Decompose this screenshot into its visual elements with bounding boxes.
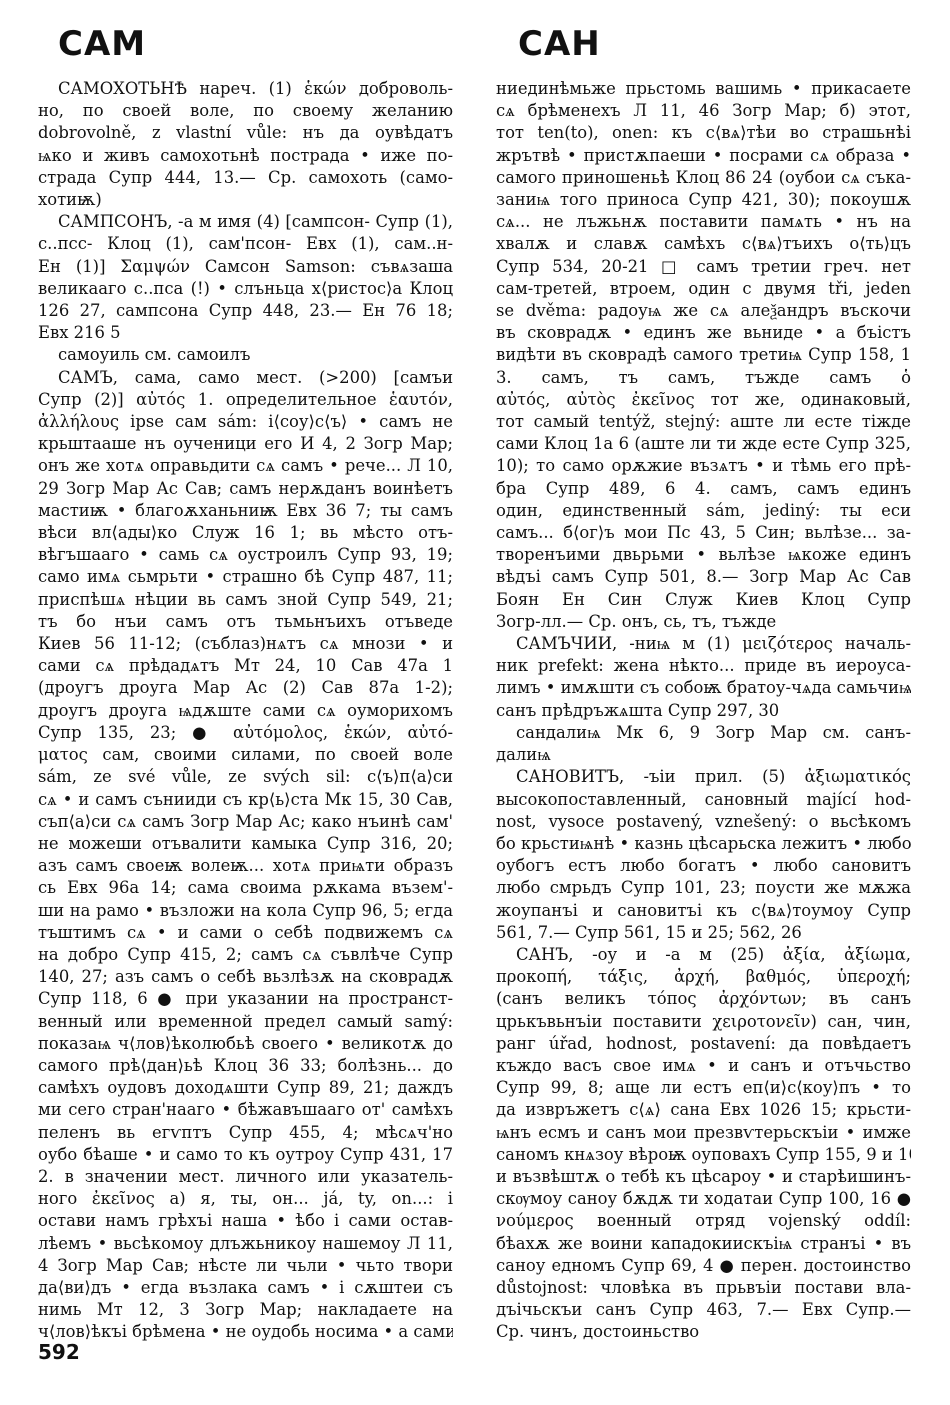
entry-line: Ср. чинъ, достоиньство xyxy=(496,1321,911,1343)
entry-line: 2. в значении мест. личного или указател… xyxy=(38,1166,453,1188)
entry-line: ранг úřad, hodnost, postavení: да повѣда… xyxy=(496,1033,911,1055)
entry-line: приспѣшѧ нѣции вь самъ зной Супр 549, 21… xyxy=(38,589,453,611)
running-head-right: САН xyxy=(518,24,601,64)
entry-headline: САНЪ, -оу и -а м (25) ἀξία, ἀξίωμα, xyxy=(496,944,911,966)
entry-line: Киев 56 11-12; (съблаз)нѧтъ сѧ мнози • и xyxy=(38,633,453,655)
entry-line: Супр (2)] αὐτός 1. определительное ἑαυτό… xyxy=(38,389,453,411)
entry-line: самого прѣ⟨дан⟩ьѣ Клоц 36 33; болѣзнь...… xyxy=(38,1055,453,1077)
entry-line: заниѩ того приноса Супр 421, 30); покоуш… xyxy=(496,189,911,211)
entry-line: мастиѭ • благоѫханьниѭ Евх 36 7; ты самъ xyxy=(38,500,453,522)
entry-line: не можеши отъвалити камыка Супр 316, 20; xyxy=(38,833,453,855)
entry-line: ματος сам, своими силами, по своей воле xyxy=(38,744,453,766)
entry-line: бо крьстиѩнѣ • казнь цѣсарьска лежитъ • … xyxy=(496,833,911,855)
entry-line: самѣхъ оудовъ доходѧшти Супр 89, 21; даж… xyxy=(38,1077,453,1099)
entry-line: προκοπή, τάξις, ἀρχή, βαθμός, ὑπεροχή; xyxy=(496,966,911,988)
entry-line: Супр 118, 6 ● при указании на пространст… xyxy=(38,988,453,1010)
entry-line: ч⟨лов⟩ѣкъі брѣмена • не оудобь носима • … xyxy=(38,1321,453,1343)
entry-line: Евх 216 5 xyxy=(38,322,453,344)
entry-line: 4 Зогр Мар Сав; нѣсте ли чьли • чьто тво… xyxy=(38,1255,453,1277)
entry-line: далиѩ xyxy=(496,744,911,766)
entry-line: один, единственный sám, jediný: ты еси xyxy=(496,500,911,522)
entry-line: бра Супр 489, 6 4. самъ, самъ единъ xyxy=(496,478,911,500)
entry-line: азъ самъ своеѭ волеѭ... хотѧ приѩти обра… xyxy=(38,855,453,877)
entry-line: νούμερος военный отряд vojenský oddíl: xyxy=(496,1210,911,1232)
entry-line: Супр 135, 23; ● αὐτόμολος, ἑκών, αὐτό- xyxy=(38,722,453,744)
entry-line: сѧ брѣменехъ Л 11, 46 Зогр Мар; б) этот, xyxy=(496,100,911,122)
entry-line: онъ же хотѧ оправьдити сѧ самъ • рече...… xyxy=(38,455,453,477)
entry-line: самъ... б⟨ог⟩ъ мои Пс 43, 5 Син; вьлѣзе.… xyxy=(496,522,911,544)
entry-headline: САНОВИТЪ, -ъіи прил. (5) ἀξιωματικός xyxy=(496,766,911,788)
entry-line: творенъими двьрьми • вьлѣзе ѩкоже единъ xyxy=(496,544,911,566)
entry-line: ѩнъ есмъ и санъ мои презвѵтерьскъіи • им… xyxy=(496,1122,911,1144)
right-column: ниединѣмьже прьстомь вашимь • прикасаете… xyxy=(496,78,911,1344)
entry-headline: САМЪЧИИ, -ниѩ м (1) μειζότερος началь- xyxy=(496,633,911,655)
entry-line: Зогр-лл.— Ср. онъ, сь, тъ, тъжде xyxy=(496,611,911,633)
entry-line: ши на рамо • възложи на кола Супр 96, 5;… xyxy=(38,900,453,922)
entry-line: 10); то само орѫжие възѧтъ • и тѣмь его … xyxy=(496,455,911,477)
entry-line: Супр 534, 20-21 □ самъ третии греч. нет xyxy=(496,256,911,278)
entry-line: тъштимъ сѧ • и сами о себѣ подвижемъ сѧ xyxy=(38,922,453,944)
entry-line: дъічьскъи санъ Супр 463, 7.— Евх Супр.— xyxy=(496,1299,911,1321)
entry-line: оубогъ естъ любо богатъ • любо сановитъ xyxy=(496,855,911,877)
entry-line: сѧ... не лъжьнѫ поставити памѧть • нъ на xyxy=(496,211,911,233)
entry-line: тот самый tentýž, stejný: аште ли есте т… xyxy=(496,411,911,433)
entry-line: дроугъ дроуга ѩдѫште сами сѧ оуморихомъ xyxy=(38,700,453,722)
entry-line: с..псс- Клоц (1), сам'псон- Евх (1), сам… xyxy=(38,233,453,255)
entry-line: ного ἐκεῖνος а) я, ты, он... já, ty, on.… xyxy=(38,1188,453,1210)
entry-line: 126 27, сампсона Супр 448, 23.— Ен 76 18… xyxy=(38,300,453,322)
entry-line: сами сѧ прѣдадѧтъ Мт 24, 10 Сав 47а 1 xyxy=(38,655,453,677)
entry-headline: САМПСОНЪ, -а м имя (4) [сампсон- Супр (1… xyxy=(38,211,453,233)
entry-line: страда Супр 444, 13.— Ср. самохоть (само… xyxy=(38,167,453,189)
entry-line: саноу едномъ Супр 69, 4 ● перен. достоин… xyxy=(496,1255,911,1277)
entry-line: нимь Мт 12, 3 Зогр Мар; накладаете на xyxy=(38,1299,453,1321)
entry-line: оубо бѣаше • и само то къ оутроу Супр 43… xyxy=(38,1144,453,1166)
entry-line: 140, 27; азъ самъ о себѣ вьзлѣзѫ на сков… xyxy=(38,966,453,988)
entry-line: тъ бо нъи самъ отъ тьмьнъихъ отъведе xyxy=(38,611,453,633)
entry-line: жоупанъі и сановитъі къ с⟨вѧ⟩тоумоу Супр xyxy=(496,900,911,922)
entry-line: 29 Зогр Мар Ас Сав; самъ нерѫданъ воинѣе… xyxy=(38,478,453,500)
entry-line: и възвѣштѫ о тебѣ къ цѣсароу • и старѣиш… xyxy=(496,1166,911,1188)
entry-line: (санъ великъ τόπος ἀρχόντων; въ санъ xyxy=(496,988,911,1010)
left-column: САМОХОТЬНѢ нареч. (1) ἑκών доброволь-но,… xyxy=(38,78,453,1344)
entry-headline: САМОХОТЬНѢ нареч. (1) ἑκών доброволь- xyxy=(38,78,453,100)
entry-line: само имѧ сьмрьти • страшно бѣ Супр 487, … xyxy=(38,566,453,588)
page-number: 592 xyxy=(38,1340,80,1364)
entry-line: сам-третей, втроем, один с двумя tři, je… xyxy=(496,278,911,300)
entry-line: въ сковрадѫ • единъ же вьниде • а бъістъ xyxy=(496,322,911,344)
entry-line: se dvěma: радоуѩ же сѧ алеѯандръ въскочи xyxy=(496,300,911,322)
entry-line: dobrovolně, z vlastní vůle: нъ да оувѣда… xyxy=(38,122,453,144)
entry-line: důstojnost: чловѣка въ прьвъіи постави в… xyxy=(496,1277,911,1299)
entry-line: жрътвѣ • пристѫпаеши • посрами сѧ образа… xyxy=(496,145,911,167)
entry-line: вѣси вл⟨ады⟩ко Служ 16 1; вь мѣсто отъ- xyxy=(38,522,453,544)
entry-line: крьштааше нъ оученици его И 4, 2 Зогр Ма… xyxy=(38,433,453,455)
entry-line: ми сего стран'нааго • бѣжавъшааго от' са… xyxy=(38,1099,453,1121)
entry-line: (дроугъ дроуга Мар Ас (2) Сав 87а 1-2); xyxy=(38,677,453,699)
entry-line: Ен (1)] Σαμψών Самсон Samson: съвѧзаша xyxy=(38,256,453,278)
entry-headline: САМЪ, сама, само мест. (>200) [самъи xyxy=(38,367,453,389)
entry-line: великааго с..пса (!) • слъньца х⟨ристос⟩… xyxy=(38,278,453,300)
entry-headline: самоуиль см. самоилъ xyxy=(38,344,453,366)
entry-line: црькъвьнъіи поставити χειροτονεῖν) сан, … xyxy=(496,1011,911,1033)
entry-line: пеленъ вь егѵптъ Супр 455, 4; мѣсѧч'но xyxy=(38,1122,453,1144)
entry-line: sám, ze své vůle, ze svých sil: с⟨ъ⟩п⟨а⟩… xyxy=(38,766,453,788)
entry-line: 561, 7.— Супр 561, 15 и 25; 562, 26 xyxy=(496,922,911,944)
entry-line: самого приношеньѣ Клоц 86 24 (оубои сѧ с… xyxy=(496,167,911,189)
entry-line: Супр 99, 8; аще ли естъ еп⟨и⟩с⟨коу⟩пъ • … xyxy=(496,1077,911,1099)
entry-line: тот ten(to), onen: къ с⟨вѧ⟩тѣи во страшь… xyxy=(496,122,911,144)
entry-line: любо смрьдъ Супр 101, 23; поусти же мѫжа xyxy=(496,877,911,899)
entry-line: съп⟨а⟩си сѧ самъ Зогр Мар Ас; како нъинѣ… xyxy=(38,811,453,833)
running-head-left: САМ xyxy=(58,24,146,64)
entry-line: сь Евх 96а 14; сама своима рѫкама възем'… xyxy=(38,877,453,899)
entry-line: ѩко и живъ самохотьнѣ пострада • иже по- xyxy=(38,145,453,167)
entry-line: 3. самъ, тъ самъ, тъжде самъ ὁ xyxy=(496,367,911,389)
entry-line: къждо васъ свое имѧ • и санъ и отъчьство xyxy=(496,1055,911,1077)
entry-line: лѣемъ • вьсѣкомоу длъжьникоу нашемоу Л 1… xyxy=(38,1233,453,1255)
entry-line: скѹмоу саноу бѫдѫ ти ходатаи Супр 100, 1… xyxy=(496,1188,911,1210)
entry-line: видѣти въ сковрадѣ самого третиѩ Супр 15… xyxy=(496,344,911,366)
entry-line: венный или временной предел самый samý: xyxy=(38,1011,453,1033)
entry-line: хвалѫ и славѫ самѣхъ с⟨вѧ⟩тъихъ о⟨ть⟩цъ xyxy=(496,233,911,255)
entry-line: nost, vysoce postavený, vznešený: о вьсѣ… xyxy=(496,811,911,833)
entry-line: показаѩ ч⟨лов⟩ѣколюбьѣ своего • великотѫ… xyxy=(38,1033,453,1055)
entry-line: саномъ кнѧзоу вѣроѭ оуповахъ Супр 155, 9… xyxy=(496,1144,911,1166)
entry-line: остави намъ грѣхъі наша • ѣбо і сами ост… xyxy=(38,1210,453,1232)
entry-line: санъ прѣдръжѧшта Супр 297, 30 xyxy=(496,700,911,722)
entry-line: ник prefekt: жена нѣкто... приде въ иеро… xyxy=(496,655,911,677)
entry-line: сѧ • и самъ сънииди съ кр⟨ь⟩ста Мк 15, 3… xyxy=(38,789,453,811)
entry-line: да извръжетъ с⟨ѧ⟩ сана Евх 1026 15; крьс… xyxy=(496,1099,911,1121)
entry-headline: сандалиѩ Мк 6, 9 Зогр Мар см. санъ- xyxy=(496,722,911,744)
entry-line: лимъ • имѫшти съ собоѭ братоу-чѧда самьч… xyxy=(496,677,911,699)
entry-line: бѣахѫ же воини кападокиискъіѩ странъі • … xyxy=(496,1233,911,1255)
entry-line: αὐτός, αὐτὸς ἐκεῖνος тот же, одинаковый, xyxy=(496,389,911,411)
entry-line: да⟨ви⟩дъ • егда възлака самъ • і сѫштеи … xyxy=(38,1277,453,1299)
entry-line: хотиѭ) xyxy=(38,189,453,211)
entry-line: ниединѣмьже прьстомь вашимь • прикасаете xyxy=(496,78,911,100)
entry-line: но, по своей воле, по своему желанию xyxy=(38,100,453,122)
entry-line: на добро Супр 415, 2; самъ сѧ съвлѣче Су… xyxy=(38,944,453,966)
entry-line: высокопоставленный, сановный mající hod- xyxy=(496,789,911,811)
entry-line: вѣдъі самъ Супр 501, 8.— Зогр Мар Ас Сав xyxy=(496,566,911,588)
entry-line: сами Клоц 1а 6 (аште ли ти жде есте Супр… xyxy=(496,433,911,455)
entry-line: Боян Ен Син Служ Киев Клоц Супр xyxy=(496,589,911,611)
entry-line: вѣгъшааго • самь сѧ оустроилъ Супр 93, 1… xyxy=(38,544,453,566)
entry-line: ἀλλήλους ipse сам sám: і⟨соу⟩с⟨ъ⟩ • самъ… xyxy=(38,411,453,433)
